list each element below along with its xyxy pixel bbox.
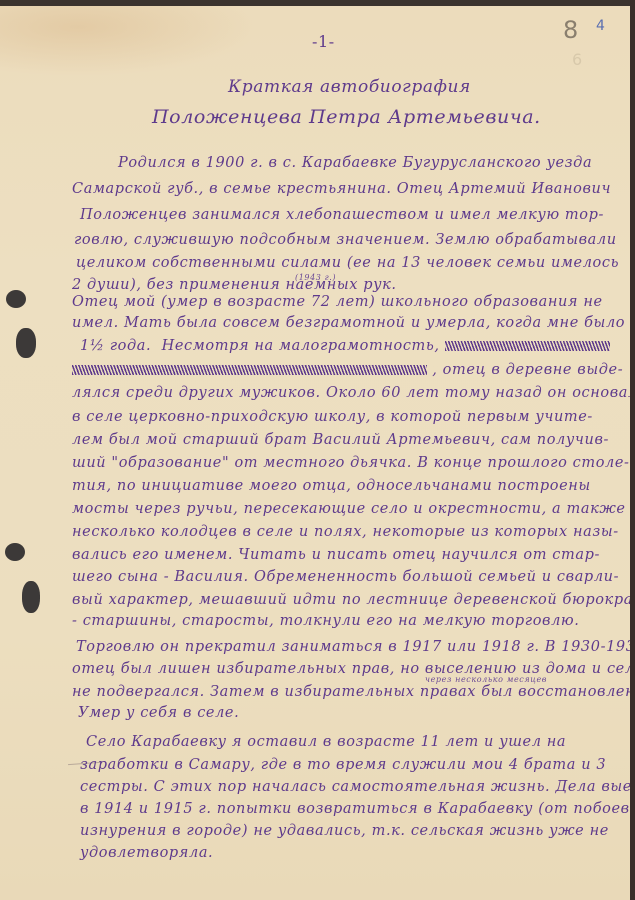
text-line: удовлетворяла.	[80, 846, 213, 861]
text-line: вый характер, мешавший идти по лестнице …	[72, 593, 630, 608]
binder-hole-icon	[16, 328, 36, 358]
text-line: целиком собственными силами (ее на 13 че…	[76, 256, 619, 271]
insertion-annotation: через несколько месяцев	[425, 676, 547, 684]
text-line: заработки в Самару, где в то время служи…	[80, 758, 606, 773]
archive-folio-number: 8	[563, 16, 578, 44]
crossed-out-text	[445, 341, 610, 351]
text-line: Отец мой (умер в возрасте 72 лет) школьн…	[72, 295, 603, 310]
text-line: - старшины, старосты, толкнули его на ме…	[72, 614, 580, 629]
text-line: Самарской губ., в семье крестьянина. Оте…	[72, 182, 611, 197]
text-line: лялся среди других мужиков. Около 60 лет…	[72, 386, 630, 401]
text-line: говлю, служившую подсобным значением. Зе…	[74, 233, 617, 248]
text-line: тия, по инициативе моего отца, односельч…	[72, 479, 591, 494]
text-line: лем был мой старший брат Василий Артемье…	[72, 433, 609, 448]
text-line: не подвергался. Затем в избирательных пр…	[72, 685, 630, 700]
text-line: в 1914 и 1915 г. попытки возвратиться в …	[80, 802, 630, 817]
text-fragment: 1½ года. Несмотря на малограмотность,	[80, 338, 440, 354]
scan-right-edge	[630, 0, 635, 900]
binder-hole-icon	[6, 290, 26, 308]
text-line: Торговлю он прекратил заниматься в 1917 …	[76, 640, 630, 655]
text-line: , отец в деревне выде-	[72, 363, 623, 378]
binder-hole-icon	[5, 543, 25, 561]
text-line: вались его именем. Читать и писать отец …	[72, 548, 600, 563]
crossed-out-text	[72, 365, 427, 375]
document-title-line-1: Краткая автобиография	[228, 79, 471, 96]
text-line: ший "образование" от местного дьячка. В …	[72, 456, 630, 471]
text-line: в селе церковно-приходскую школу, в кото…	[72, 410, 593, 425]
text-line: несколько колодцев в селе и полях, некот…	[72, 525, 619, 540]
text-line: 2 души), без применения наемных рук.	[72, 278, 397, 293]
text-line: сестры. С этих пор началась самостоятель…	[80, 780, 630, 795]
archive-faint-old-number: 6	[572, 50, 582, 69]
binder-hole-icon	[22, 581, 40, 613]
text-line: Положенцев занимался хлебопашеством и им…	[80, 208, 604, 223]
text-line: Родился в 1900 г. в с. Карабаевке Бугуру…	[118, 156, 592, 171]
archive-folio-sub-number: 4	[596, 18, 605, 34]
text-line: 1½ года. Несмотря на малограмотность, [з…	[80, 339, 610, 354]
text-line: шего сына - Василия. Обремененность боль…	[72, 570, 619, 585]
document-title-line-2: Положенцева Петра Артемьевича.	[152, 108, 541, 127]
text-fragment: , отец в деревне выде-	[432, 362, 623, 378]
manuscript-page: 8 4 6 -1- Краткая автобиография Положенц…	[0, 6, 630, 900]
text-line: мосты через ручьи, пересекающие село и о…	[72, 502, 626, 517]
correction-annotation: (1943 г.)	[295, 274, 336, 282]
text-line: изнурения в городе) не удавались, т.к. с…	[80, 824, 609, 839]
text-line: имел. Мать была совсем безграмотной и ум…	[72, 316, 625, 331]
page-number: -1-	[312, 34, 335, 50]
text-line: Село Карабаевку я оставил в возрасте 11 …	[86, 735, 566, 750]
text-line: Умер у себя в селе.	[78, 706, 239, 721]
